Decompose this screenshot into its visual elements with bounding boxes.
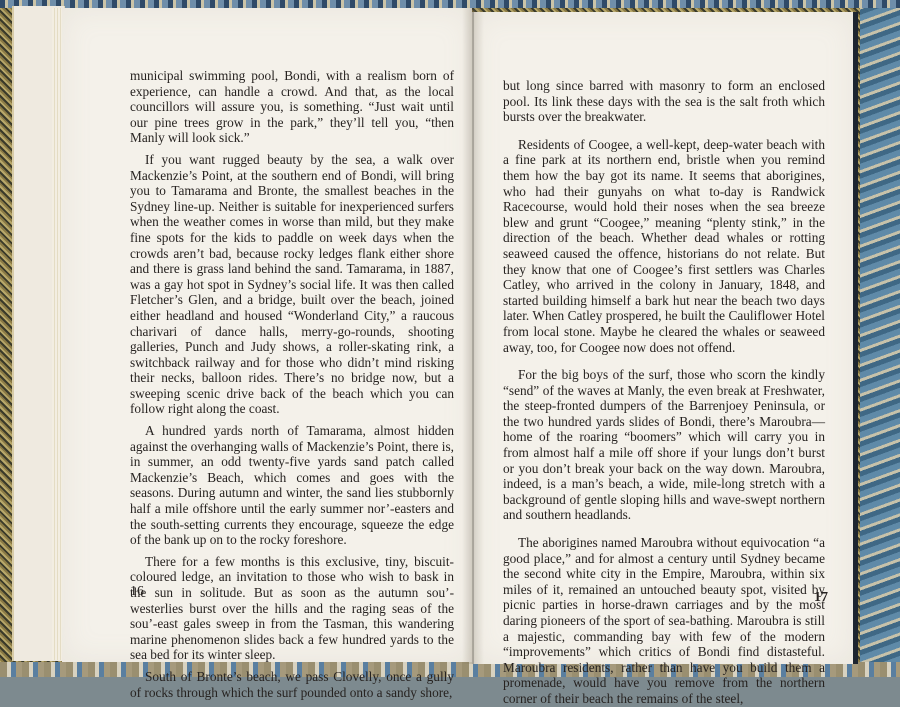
right-page-edge xyxy=(853,12,858,664)
page-number-right: 17 xyxy=(814,590,828,606)
paragraph: The aborigines named Maroubra without eq… xyxy=(503,535,825,677)
paragraph: A hundred yards north of Tamarama, almos… xyxy=(130,423,454,548)
left-page-text: municipal swimming pool, Bondi, with a r… xyxy=(130,68,454,677)
paragraph: South of Bronte’s beach, we pass Clovell… xyxy=(130,669,454,677)
paragraph: Residents of Coogee, a well-kept, deep-w… xyxy=(503,137,825,355)
paragraph: If you want rugged beauty by the sea, a … xyxy=(130,152,454,417)
paragraph: For the big boys of the surf, those who … xyxy=(503,367,825,523)
page-number-left: 16 xyxy=(130,584,144,600)
right-page-text: but long since barred with masonry to fo… xyxy=(503,78,825,677)
book-gutter xyxy=(462,8,484,664)
book-cover-edge-top xyxy=(0,0,900,8)
paragraph: municipal swimming pool, Bondi, with a r… xyxy=(130,68,454,146)
book-cover-edge-right xyxy=(860,0,900,677)
paragraph: There for a few months is this exclusive… xyxy=(130,554,454,663)
paragraph: but long since barred with masonry to fo… xyxy=(503,78,825,125)
